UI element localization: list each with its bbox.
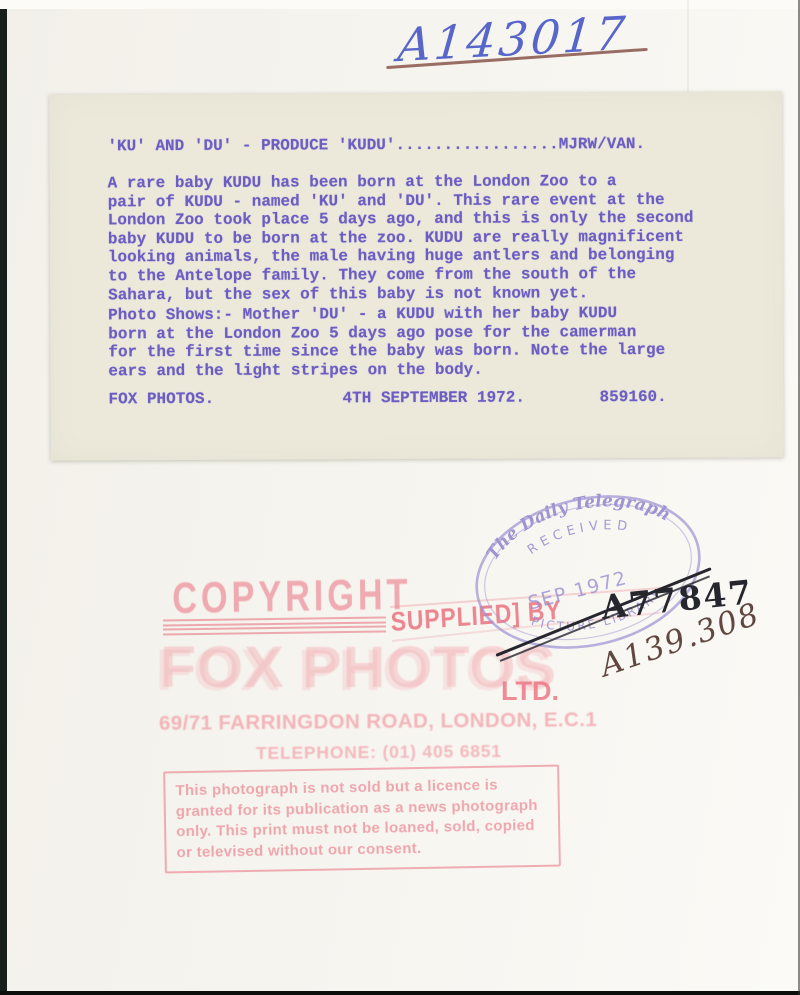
paper-edge-left [0,9,7,995]
caption-title: 'KU' AND 'DU' - PRODUCE 'KUDU'..........… [107,135,645,156]
ltd-stamp: LTD. [501,676,559,707]
caption-body: A rare baby KUDU has been born at the Lo… [108,172,694,305]
telephone-stamp: TELEPHONE: (01) 405 6851 [256,741,502,764]
credit-date: 4TH SEPTEMBER 1972. [342,389,525,408]
text-line: looking animals, the male having huge an… [108,246,694,267]
text-line: ears and the light stripes on the body. [108,360,665,381]
caption-photo-shows: Photo Shows:- Mother 'DU' - a KUDU with … [108,304,665,381]
text-line: London Zoo took place 5 days ago, and th… [108,209,694,230]
text-line: Photo Shows:- Mother 'DU' - a KUDU with … [108,304,665,325]
address-stamp: 69/71 FARRINGDON ROAD, LONDON, E.C.1 [159,708,597,736]
licence-notice-box: This photograph is not sold but a licenc… [163,765,561,874]
caption-credit-line: FOX PHOTOS. 4TH SEPTEMBER 1972. 859160. [50,387,783,410]
paper-edge-bottom [0,991,800,995]
paper-edge-top [0,0,800,9]
text-line: for the first time since the baby was bo… [108,341,665,362]
text-line: A rare baby KUDU has been born at the Lo… [108,172,694,193]
photo-back-scan: A143017 'KU' AND 'DU' - PRODUCE 'KUDU'..… [0,0,800,995]
text-line: Sahara, but the sex of this baby is not … [108,283,694,304]
credit-agency: FOX PHOTOS. [108,390,214,409]
caption-slip: 'KU' AND 'DU' - PRODUCE 'KUDU'..........… [49,91,784,460]
stamp-organization: The Daily Telegraph [475,474,677,567]
text-line: to the Antelope family. They come from t… [108,265,694,286]
credit-number: 859160. [599,388,666,407]
